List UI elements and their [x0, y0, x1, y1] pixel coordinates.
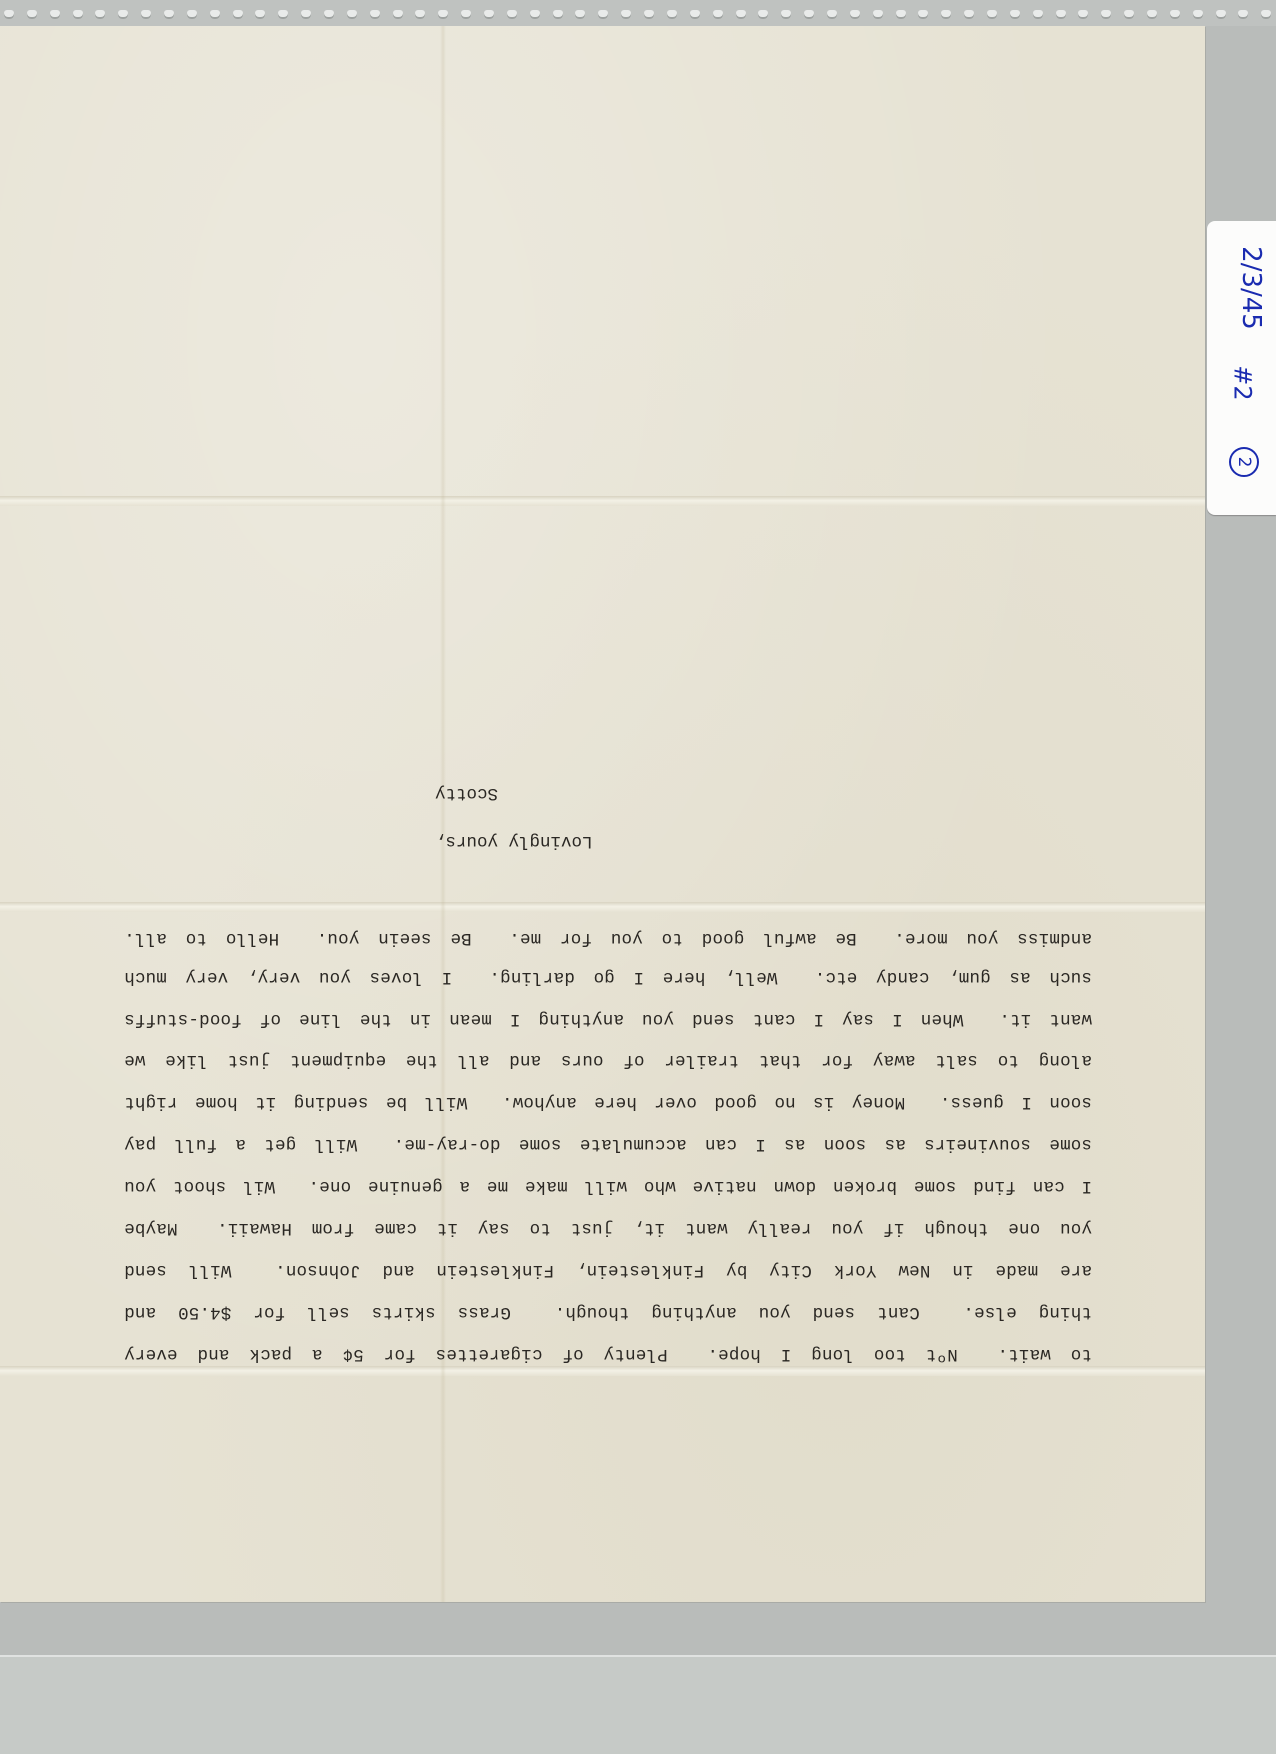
binder-hole [1056, 10, 1066, 19]
binder-hole [210, 10, 220, 19]
binder-hole [347, 10, 357, 19]
binder-hole [1101, 10, 1111, 19]
binder-hole [95, 10, 105, 19]
binder-hole [621, 10, 631, 19]
binder-hole [736, 10, 746, 19]
binder-hole [941, 10, 951, 19]
letter-line: you one though if you really want it, ju… [124, 1218, 1092, 1238]
binder-hole [484, 10, 494, 19]
binder-hole [850, 10, 860, 19]
binder-hole [255, 10, 265, 19]
letter-line: such as gum, candy etc. Well, here I go … [124, 967, 1092, 987]
sheet-protector-bottom [0, 1655, 1276, 1754]
circled-page-number: 2 [1229, 447, 1259, 477]
archive-label-tab: 2/3/45 #2 2 [1207, 221, 1276, 515]
binder-hole [1216, 10, 1226, 19]
letter-line: to wait. Nºt too long I hope. Plenty of … [124, 1344, 1092, 1364]
letter-line: soon I guess. Money is no good over here… [124, 1092, 1092, 1112]
fold-crease-lower [0, 1366, 1205, 1376]
binder-hole [438, 10, 448, 19]
binder-hole [644, 10, 654, 19]
binder-hole [461, 10, 471, 19]
binder-hole [1238, 10, 1248, 19]
handwritten-number: #2 [1229, 365, 1257, 400]
binder-hole [50, 10, 60, 19]
binder-hole [1193, 10, 1203, 19]
letter-line: want it. When I say I cant send you anyt… [124, 1009, 1092, 1029]
binder-hole [964, 10, 974, 19]
binder-hole [1124, 10, 1134, 19]
letter-line: thing else. Cant send you anything thoug… [124, 1302, 1092, 1322]
binder-hole [324, 10, 334, 19]
binder-hole [781, 10, 791, 19]
letter-line: are made in New York City by Finklestein… [124, 1260, 1092, 1280]
binder-hole [278, 10, 288, 19]
binder-hole [301, 10, 311, 19]
binder-hole [4, 10, 14, 19]
letter-line: some souvineirs as soon as I can accumul… [124, 1134, 1092, 1154]
signature: Scotty [435, 783, 498, 803]
binder-hole [393, 10, 403, 19]
binder-hole [987, 10, 997, 19]
binder-hole [1170, 10, 1180, 19]
binder-hole [233, 10, 243, 19]
handwritten-date: 2/3/45 [1236, 246, 1266, 330]
binder-hole [827, 10, 837, 19]
letter-line: along to salt away for that trailer of o… [124, 1050, 1092, 1070]
binder-hole [530, 10, 540, 19]
binder-hole [141, 10, 151, 19]
binder-hole [804, 10, 814, 19]
binder-hole [118, 10, 128, 19]
binder-holes [0, 10, 1276, 20]
binder-hole [1078, 10, 1088, 19]
binder-hole [370, 10, 380, 19]
binder-hole [598, 10, 608, 19]
binder-hole [713, 10, 723, 19]
binder-hole [1261, 10, 1271, 19]
binder-hole [415, 10, 425, 19]
binder-hole [507, 10, 517, 19]
closing-line: Lovingly yours, [435, 831, 593, 851]
binder-hole [187, 10, 197, 19]
binder-hole [553, 10, 563, 19]
binder-hole [1033, 10, 1043, 19]
letter-line: I can find some broken down native who w… [124, 1176, 1092, 1196]
fold-crease-middle [0, 902, 1205, 912]
binder-hole [1010, 10, 1020, 19]
fold-crease-vertical [440, 26, 446, 1602]
binder-hole [164, 10, 174, 19]
binder-hole [575, 10, 585, 19]
binder-hole [873, 10, 883, 19]
sheet-protector-top [0, 0, 1276, 26]
binder-hole [690, 10, 700, 19]
binder-hole [667, 10, 677, 19]
binder-hole [896, 10, 906, 19]
letter-line: andmiss you more. Be awful good to you f… [124, 928, 1092, 948]
binder-hole [1147, 10, 1157, 19]
binder-hole [758, 10, 768, 19]
binder-hole [27, 10, 37, 19]
fold-crease-upper [0, 496, 1205, 506]
binder-hole [73, 10, 83, 19]
binder-hole [918, 10, 928, 19]
letter-page: Scotty Lovingly yours, andmiss you more.… [0, 26, 1205, 1602]
